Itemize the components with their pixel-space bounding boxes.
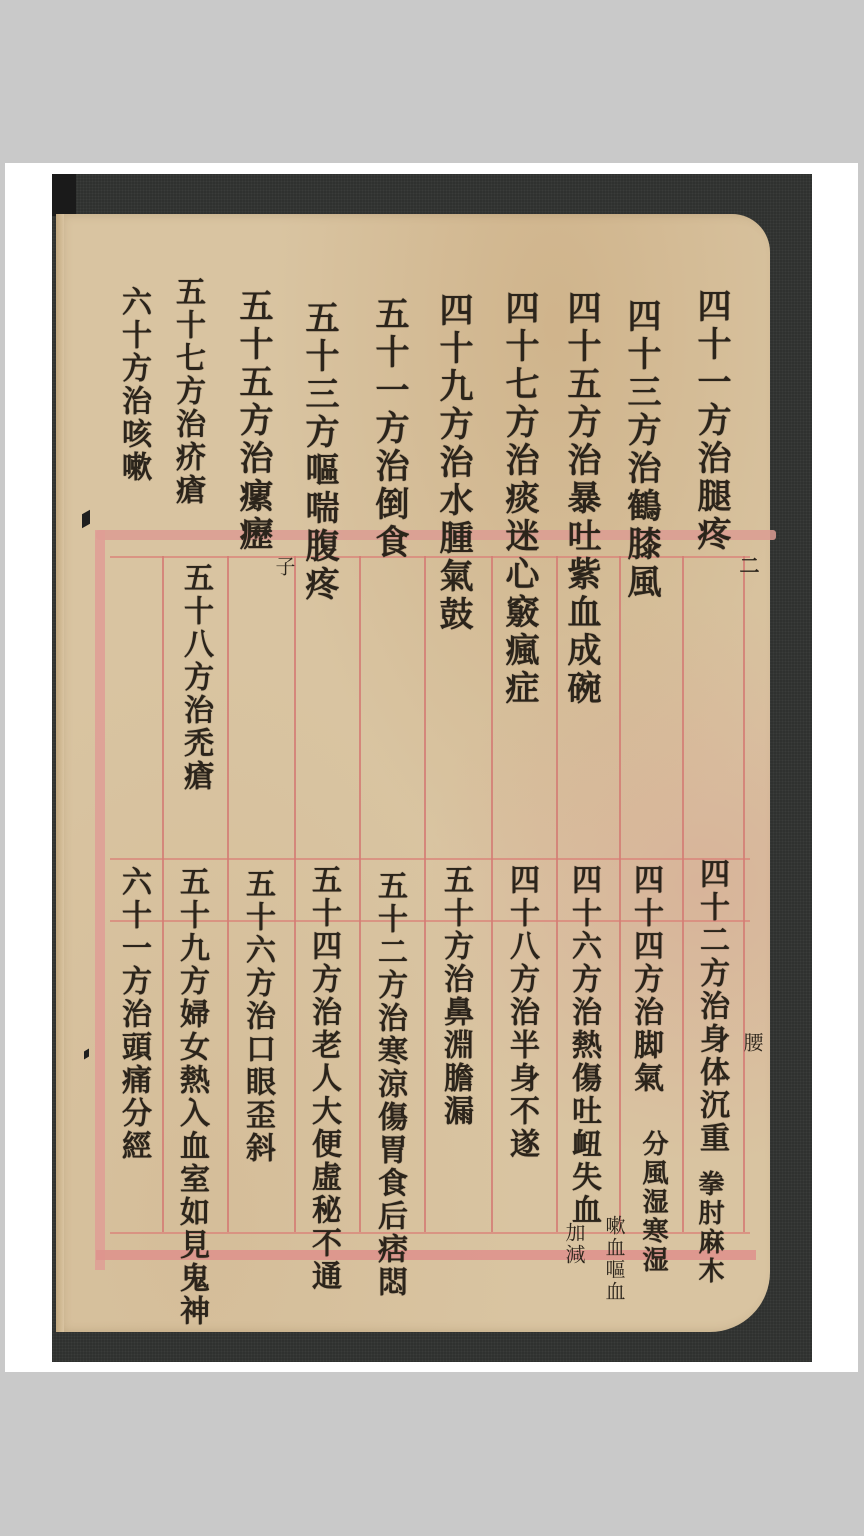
column-rule <box>682 556 684 1232</box>
column-rule <box>743 556 745 1232</box>
recipe-46-annotation-2: 嗽血嘔血 <box>600 1215 629 1303</box>
page-binding-edge <box>56 214 64 1332</box>
recipe-55: 五十五方治瘰癧 <box>236 288 270 554</box>
recipe-50: 五十方治鼻淵膽漏 <box>440 864 470 1128</box>
recipe-49: 四十九方治水腫氣鼓 <box>436 292 470 634</box>
page-number: 二 <box>734 555 763 575</box>
column-rule <box>491 556 493 1232</box>
recipe-42: 四十二方治身体沉重 <box>696 858 726 1155</box>
recipe-46-annotation-1: 加減 <box>560 1222 589 1266</box>
recipe-58: 五十八方治禿瘡 <box>180 562 210 793</box>
recipe-41: 四十一方治腿疼 <box>694 288 728 554</box>
recipe-45: 四十五方治暴吐紫血成碗 <box>564 290 598 708</box>
recipe-42-continuation: 拳肘麻木 <box>696 1170 722 1286</box>
recipe-57: 五十七方治疥瘡 <box>172 276 202 507</box>
recipe-53: 五十三方嘔喘腹疼 <box>302 300 336 604</box>
column-rule <box>359 556 361 1232</box>
recipe-59: 五十九方婦女熱入血室如見鬼神 <box>176 866 206 1328</box>
row-divider-rule <box>110 858 750 860</box>
recipe-51: 五十一方治倒食 <box>372 296 406 562</box>
recipe-60: 六十方治咳嗽 <box>118 286 148 484</box>
recipe-47: 四十七方治痰迷心竅瘋症 <box>502 290 536 708</box>
recipe-54: 五十四方治老人大便虛秘不通 <box>308 864 338 1293</box>
recipe-44: 四十四方治脚氣 <box>630 864 660 1095</box>
column-rule <box>162 556 164 1232</box>
column-rule <box>424 556 426 1232</box>
recipe-42-annotation: 腰 <box>738 1032 767 1054</box>
column-rule <box>294 556 296 1232</box>
recipe-56: 五十六方治口眼歪斜 <box>242 868 272 1165</box>
recipe-61: 六十一方治頭痛分經 <box>118 866 148 1163</box>
column-rule <box>556 556 558 1232</box>
spine-corner <box>52 174 76 216</box>
recipe-43: 四十三方治鶴膝風 <box>624 298 658 602</box>
recipe-48: 四十八方治半身不遂 <box>506 864 536 1161</box>
recipe-52: 五十二方治寒涼傷胃食后痞悶 <box>374 870 404 1299</box>
recipe-55-annotation: 子 <box>270 556 299 578</box>
recipe-46: 四十六方治熱傷吐衄失血 <box>568 864 598 1227</box>
column-rule <box>227 556 229 1232</box>
recipe-44-continuation: 分風湿寒湿 <box>640 1130 666 1275</box>
frame-left-rule <box>95 530 105 1270</box>
column-rule <box>619 556 621 1232</box>
